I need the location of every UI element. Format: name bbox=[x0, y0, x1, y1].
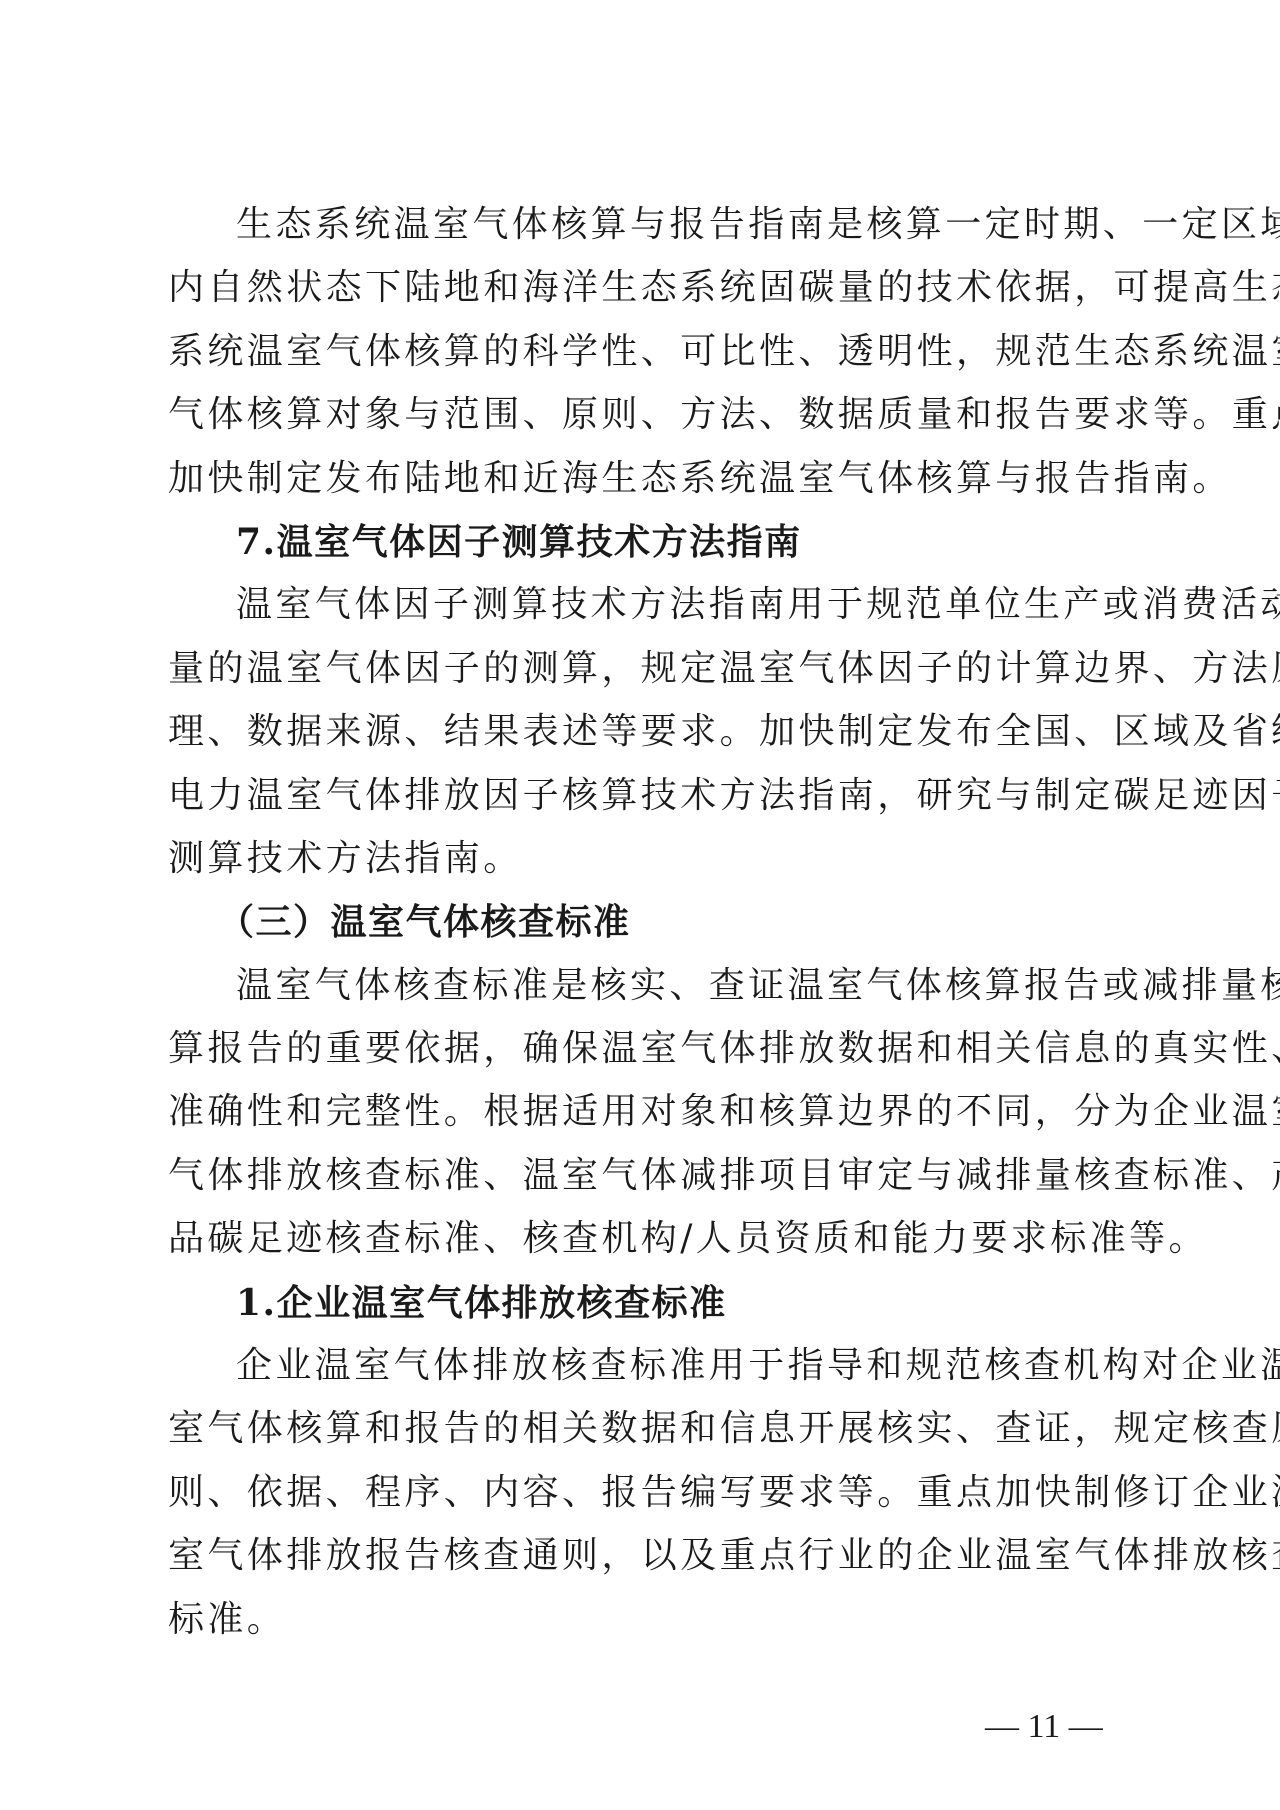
text-line: 则、依据、程序、内容、报告编写要求等。重点加快制修订企业温 bbox=[168, 1468, 1121, 1531]
section-heading-3: （三）温室气体核查标准 bbox=[168, 897, 1121, 960]
text-line: 企业温室气体排放核查标准用于指导和规范核查机构对企业温 bbox=[168, 1341, 1121, 1404]
text-line: 温室气体因子测算技术方法指南用于规范单位生产或消费活动 bbox=[168, 580, 1121, 643]
text-line: 理、数据来源、结果表述等要求。加快制定发布全国、区域及省级 bbox=[168, 707, 1121, 770]
text-line: 测算技术方法指南。 bbox=[168, 834, 1121, 897]
text-line: 生态系统温室气体核算与报告指南是核算一定时期、一定区域 bbox=[168, 200, 1121, 263]
text-line: 标准。 bbox=[168, 1595, 1121, 1658]
text-line: 气体核算对象与范围、原则、方法、数据质量和报告要求等。重点 bbox=[168, 390, 1121, 453]
text-line: 算报告的重要依据，确保温室气体排放数据和相关信息的真实性、 bbox=[168, 1024, 1121, 1087]
paragraph-enterprise-verification: 企业温室气体排放核查标准用于指导和规范核查机构对企业温 室气体核算和报告的相关数… bbox=[168, 1341, 1121, 1658]
paragraph-verification-standards: 温室气体核查标准是核实、查证温室气体核算报告或减排量核 算报告的重要依据，确保温… bbox=[168, 961, 1121, 1278]
paragraph-factor-guide: 温室气体因子测算技术方法指南用于规范单位生产或消费活动 量的温室气体因子的测算，… bbox=[168, 580, 1121, 897]
text-line: 量的温室气体因子的测算，规定温室气体因子的计算边界、方法原 bbox=[168, 644, 1121, 707]
section-heading-7: 7.温室气体因子测算技术方法指南 bbox=[168, 517, 1121, 580]
page-number: — 11 — bbox=[985, 1708, 1103, 1746]
text-line: 加快制定发布陆地和近海生态系统温室气体核算与报告指南。 bbox=[168, 454, 1121, 517]
section-heading-1: 1.企业温室气体排放核查标准 bbox=[168, 1278, 1121, 1341]
text-line: 室气体核算和报告的相关数据和信息开展核实、查证，规定核查原 bbox=[168, 1404, 1121, 1467]
paragraph-ecosystem-guide: 生态系统温室气体核算与报告指南是核算一定时期、一定区域 内自然状态下陆地和海洋生… bbox=[168, 200, 1121, 517]
text-line: 温室气体核查标准是核实、查证温室气体核算报告或减排量核 bbox=[168, 961, 1121, 1024]
text-line: 内自然状态下陆地和海洋生态系统固碳量的技术依据，可提高生态 bbox=[168, 263, 1121, 326]
document-page: 生态系统温室气体核算与报告指南是核算一定时期、一定区域 内自然状态下陆地和海洋生… bbox=[0, 0, 1280, 1810]
text-line: 准确性和完整性。根据适用对象和核算边界的不同，分为企业温室 bbox=[168, 1087, 1121, 1150]
text-line: 室气体排放报告核查通则，以及重点行业的企业温室气体排放核查 bbox=[168, 1531, 1121, 1594]
text-line: 气体排放核查标准、温室气体减排项目审定与减排量核查标准、产 bbox=[168, 1151, 1121, 1214]
page-content: 生态系统温室气体核算与报告指南是核算一定时期、一定区域 内自然状态下陆地和海洋生… bbox=[168, 200, 1121, 1658]
text-line: 品碳足迹核查标准、核查机构/人员资质和能力要求标准等。 bbox=[168, 1214, 1121, 1277]
text-line: 电力温室气体排放因子核算技术方法指南，研究与制定碳足迹因子 bbox=[168, 771, 1121, 834]
text-line: 系统温室气体核算的科学性、可比性、透明性，规范生态系统温室 bbox=[168, 327, 1121, 390]
